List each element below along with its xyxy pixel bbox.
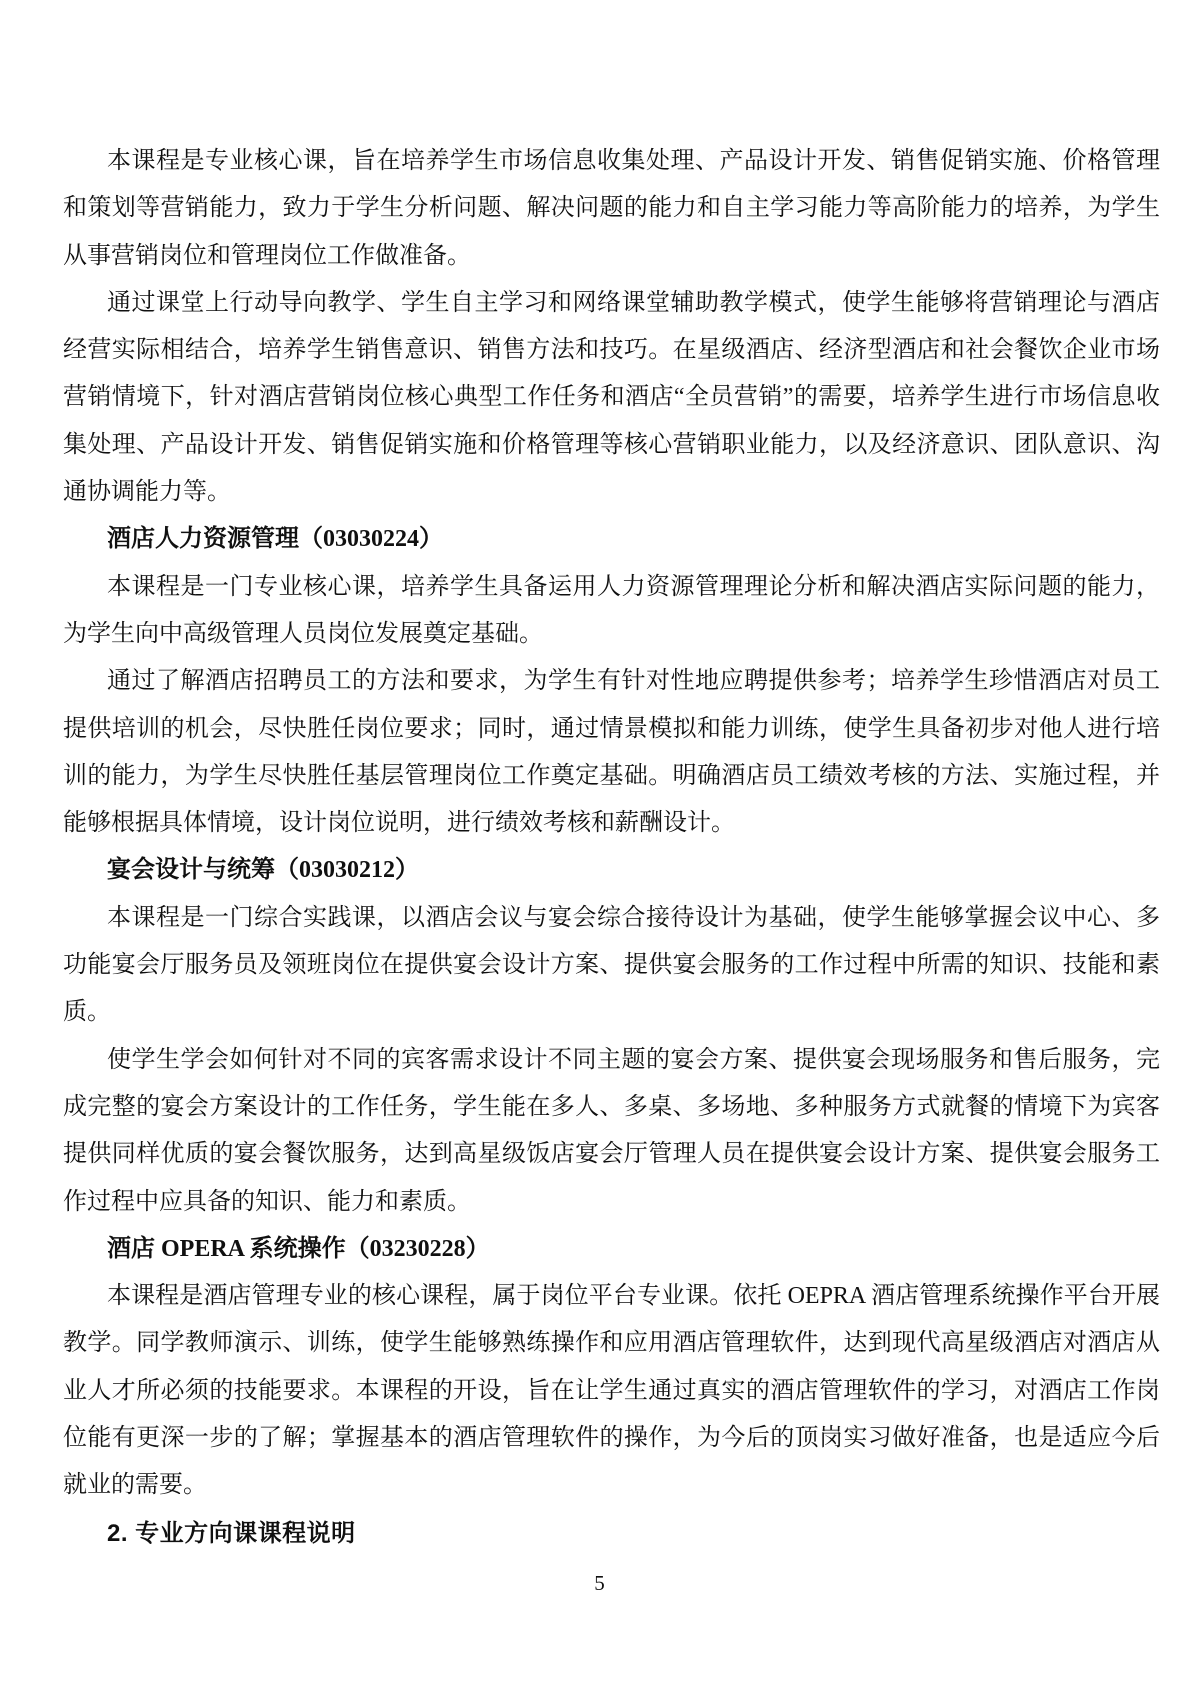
paragraph-hr-course-training: 通过了解酒店招聘员工的方法和要求，为学生有针对性地应聘提供参考；培养学生珍惜酒店… [63, 658, 1160, 847]
paragraph-opera-course-overview: 本课程是酒店管理专业的核心课程，属于岗位平台专业课。依托 OEPRA 酒店管理系… [63, 1273, 1160, 1509]
heading-opera-system-course: 酒店 OPERA 系统操作（03230228） [63, 1226, 1160, 1273]
paragraph-hr-course-overview: 本课程是一门专业核心课，培养学生具备运用人力资源管理理论分析和解决酒店实际问题的… [63, 564, 1160, 659]
document-content: 本课程是专业核心课，旨在培养学生市场信息收集处理、产品设计开发、销售促销实施、价… [63, 138, 1160, 1557]
heading-banquet-design-course: 宴会设计与统筹（03030212） [63, 847, 1160, 894]
paragraph-banquet-course-skills: 使学生学会如何针对不同的宾客需求设计不同主题的宴会方案、提供宴会现场服务和售后服… [63, 1037, 1160, 1226]
paragraph-marketing-course-teaching: 通过课堂上行动导向教学、学生自主学习和网络课堂辅助教学模式，使学生能够将营销理论… [63, 280, 1160, 516]
paragraph-marketing-course-overview: 本课程是专业核心课，旨在培养学生市场信息收集处理、产品设计开发、销售促销实施、价… [63, 138, 1160, 280]
page-footer: 5 [0, 1570, 1199, 1596]
heading-hotel-hr-management-course: 酒店人力资源管理（03030224） [63, 516, 1160, 563]
heading-major-direction-courses: 2. 专业方向课课程说明 [63, 1510, 1160, 1557]
document-page: 本课程是专业核心课，旨在培养学生市场信息收集处理、产品设计开发、销售促销实施、价… [0, 0, 1199, 1696]
paragraph-banquet-course-overview: 本课程是一门综合实践课，以酒店会议与宴会综合接待设计为基础，使学生能够掌握会议中… [63, 895, 1160, 1037]
page-number: 5 [594, 1571, 605, 1595]
